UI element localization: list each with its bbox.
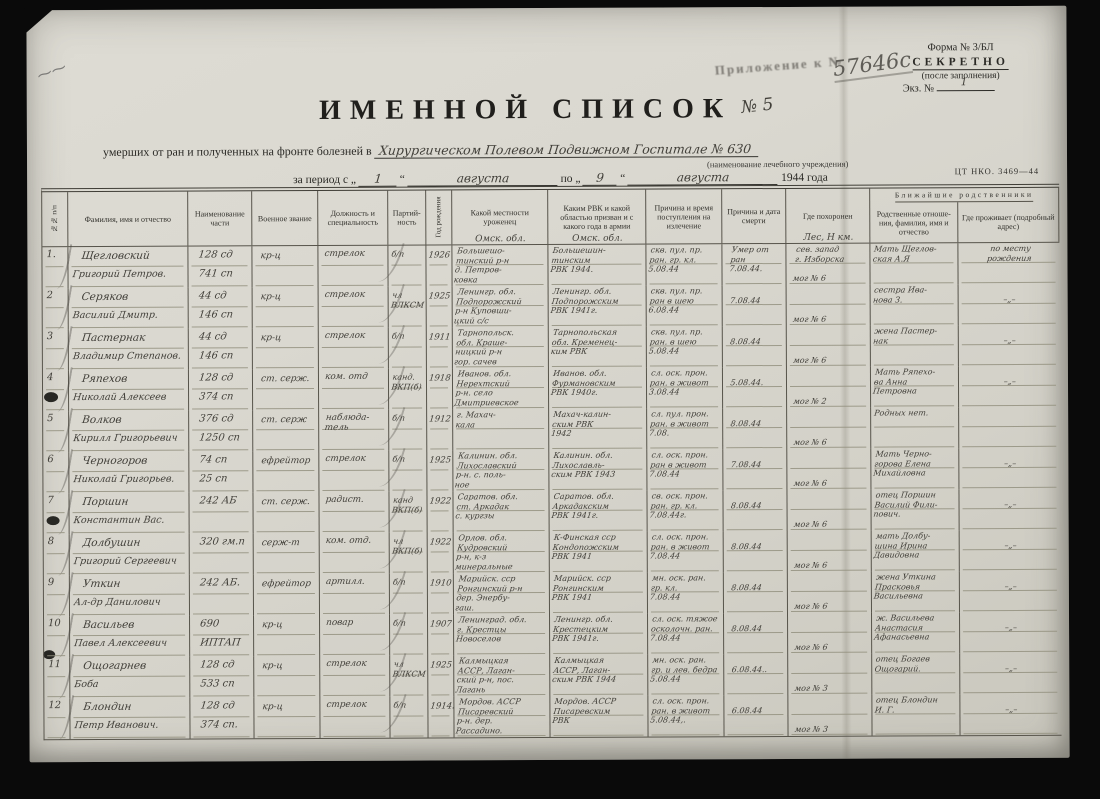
cell-fio: ОщогарневБоба [70,657,190,699]
regiment: 25 сп [199,473,251,484]
cell-buried: мог № 3 [788,695,872,736]
surname: Черногоров [82,455,187,467]
admit-value: сл. пул. прон. ран. в живот 7.08. [648,409,722,438]
cell-unit: 128 сд741 сп [188,246,252,287]
division: 242 АБ. [199,577,251,588]
stamp-label: Приложение к № [714,53,844,78]
address-value: –„– [961,326,1060,346]
header-buried-label: Где похоронен [803,211,853,220]
cell-rank: кр-ц [253,328,319,369]
cell-admit: сл. оск. прон. ран. в живот 7.08.44 [648,531,724,572]
relative-value: сестра Ива- нова З. [872,285,957,305]
cell-born: 1925 [427,450,453,491]
cell-rank: ст. серж. [253,492,319,533]
copy-number: 1 [961,76,968,88]
division: 44 сд [198,331,250,342]
division: 128 сд [200,700,252,711]
regiment: ИПТАП [199,637,251,648]
quote-mark: “ [400,174,405,186]
cell-death: 5.08.44. [723,367,787,408]
death-value: Умер от ран 7.08.44. [729,245,786,274]
division: 128 сд [200,659,252,670]
cell-born: 1912 [427,409,453,450]
table-row: 5 ВолковКирилл Григорьевич 376 сд1250 сп… [43,407,1060,452]
relative-value: Мать Черно- горова Елена Михайловна [873,449,959,478]
given-names: Ал-др Данилович [73,597,187,608]
cell-unit: 44 сд146 сп [189,287,253,328]
division: 376 сд [198,413,250,424]
cell-address [959,407,1060,448]
print-code: ЦТ НКО. 3469—44 [955,166,1039,176]
paper-sheet: ⁓⁓ Приложение к № 57646с Форма № 3/БЛ СЕ… [26,6,1069,763]
title-number: № 5 [741,94,775,117]
rank-value: ефрейтор [261,579,317,589]
header-admit: Причина и время поступления на излечение [646,189,722,243]
surname: Поршин [82,496,187,508]
cell-death: 6.08.44.. [724,654,788,695]
given-names: Петр Иванович. [74,720,188,731]
table-row: 4 РяпеховНиколай Алексеев 128 сд374 сп с… [43,366,1060,411]
surname: Серяков [81,291,186,303]
duty-value: ком. отд [324,373,387,383]
cell-relative: Мать Черно- горова Елена Михайловна [871,448,959,489]
secret-label: СЕКРЕТНО [912,56,1009,70]
division: 242 АБ [199,495,251,506]
cell-rank: кр-ц [253,287,319,328]
cell-unit: 376 сд1250 сп [189,410,253,451]
regiment: 741 сп [198,268,250,279]
birth-year: 1914. [430,701,452,711]
given-names: Григорий Петров. [72,269,186,280]
cell-buried: мог № 6 [787,490,871,531]
admit-value: сл. оск. тяжое осколочн. ран. 7.08.44 [649,614,723,643]
cell-rvk: Марийск. сср Ронгинским РВК 1941 [550,573,648,614]
quote-mark: “ [620,173,625,185]
form-number: Форма № 3/БЛ [881,42,1041,54]
header-born-label: Год рождения [434,197,443,238]
cell-fio: СеряковВасилий Дмитр. [69,288,189,330]
death-value: 8.08.44 [730,491,786,510]
rvk-value: Калмыцкая АССР, Лаган- ским РВК 1944 [552,656,648,685]
header-num-label: №№ п/п [50,206,59,233]
origin-value: Мордов. АССР Писаревский р-н. дер. Расса… [455,697,551,736]
cell-origin: Ленингр. обл. Подпорожский р-н Куповши- … [453,286,549,327]
table-row: 1. ЩегловскийГригорий Петров. 128 сд741 … [42,243,1059,288]
surname: Уткин [82,578,187,590]
cell-relative: Родных нет. [871,407,959,448]
regiment: 374 сп. [200,719,252,730]
header-origin: Какой местности уроженецОмск. обл. [452,190,548,244]
cell-death: Умер от ран 7.08.44. [722,244,786,285]
birth-year: 1918 [428,373,450,383]
cell-buried: мог № 6 [788,572,872,613]
origin-value: Тарнопольск. обл. Краше- ницкий р-н гор.… [454,328,550,367]
rank-value: серж-т [261,538,317,548]
given-names: Кирилл Григорьевич [73,433,187,444]
relative-value: жена Пастер- нак [873,326,958,346]
header-rvk-note: Омск. обл. [551,235,643,244]
rvk-value: Марийск. сср Ронгинским РВК 1941 [551,574,647,603]
cell-born: 1922 [427,491,453,532]
table-row: 7 ПоршинКонстантин Вас. 242 АБ ст. серж.… [43,489,1060,534]
cell-unit: 128 сд533 сп [190,656,254,697]
cell-origin: Орлов. обл. Кудровский р-н, к-з минераль… [454,532,550,573]
duty-value: стрелок [326,660,389,670]
header-buried-note: Лес, Н км. [789,234,867,243]
birth-year: 1922 [429,496,451,506]
rank-value: кр-ц [260,333,316,343]
header-duty: Должность и специальность [318,191,388,245]
cell-relative: мать Долбу- шина Ирина Давидовна [872,530,960,571]
cell-row-number: 5 [43,411,69,452]
header-relative: Родственные отноше- ния, фамилия, имя и … [870,202,958,242]
relatives-subheaders: Родственные отноше- ния, фамилия, имя и … [870,202,1058,243]
cell-address: –„– [959,489,1060,530]
admit-value: св. оск. прон. ран. гр. кл. 7.08.44г. [649,491,723,520]
cell-born: 1907 [428,614,454,655]
surname: Пастернак [81,332,186,344]
duty-value: стрелок [324,250,387,260]
table-row: 9 УткинАл-др Данилович 242 АБ. ефрейтор … [44,571,1061,616]
cell-origin: Марийск. сср Ронгинский р-н дер. Энербу-… [454,573,550,614]
cell-unit: 690ИПТАП [190,615,254,656]
cell-row-number: 10 [44,616,70,657]
cell-address: –„– [959,448,1060,489]
cell-buried: мог № 3 [788,654,872,695]
cell-origin: Саратов. обл. ст. Аркадак с. кургзы [453,491,549,532]
admit-value: сл. оск. прон. ран. в живот 5.08.44,. [650,696,724,725]
cell-address: –„– [960,653,1061,694]
buried-value: мог № 3 [794,696,873,735]
cell-row-number: 6 [43,452,69,493]
cell-admit: сл. оск. тяжое осколочн. ран. 7.08.44 [648,613,724,654]
cell-relative: отец Богаев Ощогарий. [872,653,960,694]
cell-admit: мн. оск. ран. гр. и лев. бедра 5.08.44 [648,654,724,695]
cell-address: –„– [960,612,1061,653]
division: 128 сд [198,372,250,383]
rvk-value: Тарнопольская обл. Кременец- ким РВК [550,328,646,357]
attachment-stamp: Приложение к № 57646с [714,52,844,80]
rvk-value: Калинин. обл. Лихославль- ским РВК 1943 [551,451,647,480]
relative-value: отец Блондин И. Г. [874,695,959,715]
table-row: 6 ЧерногоровНиколай Григорьев. 74 сп25 с… [43,448,1060,493]
rank-value: ст. серж. [260,374,316,384]
cell-origin: г. Махач- кала [453,409,549,450]
cell-born: 1925 [427,286,453,327]
duty-value: артилл. [325,578,388,588]
table-row: 10 ВасильевПавел Алексеевич 690ИПТАП кр-… [44,612,1061,657]
given-names: Павел Алексеевич [73,638,187,649]
admit-value: мн. оск. ран. гр. кл. 7.08.44 [649,573,723,602]
address-value: по месту рождения [960,244,1059,264]
address-value: –„– [960,285,1059,305]
cell-address: –„– [959,325,1060,366]
cell-fio: ЩегловскийГригорий Петров. [68,247,188,289]
cell-death: 8.08.44 [724,531,788,572]
admit-value: скв. пул. пр. ран. в шею 5.08.44 [648,327,722,356]
relative-value: Мать Щеглов- ская А.Я [872,244,957,264]
regiment: 1250 сп [199,432,251,443]
header-origin-note: Омск. обл. [455,235,545,244]
cell-buried: мог № 2 [787,367,871,408]
cell-born: 1910 [428,573,454,614]
buried-value: мог № 6 [793,532,872,571]
cell-unit: 320 гм.п [190,533,254,574]
address-value: –„– [961,449,1060,469]
rvk-value: Мордов. АССР Писаревским РВК [552,697,648,726]
given-names: Николай Алексеев [72,392,186,403]
buried-value: мог № 6 [792,286,871,325]
address-value: –„– [962,531,1061,551]
cell-rvk: Иванов. обл. Фурмановским РВК 1940г. [549,368,647,409]
cell-fio: ЧерногоровНиколай Григорьев. [69,452,189,494]
rank-value: ст. серж. [261,497,317,507]
cell-relative: Мать Щеглов- ская А.Я [870,243,958,284]
cell-rvk: Ленингр. обл. Крестецким РВК 1941г. [550,614,648,655]
rvk-value: К-Финская сср Кондопожским РВК 1941 [551,533,647,562]
given-names: Боба [74,679,188,690]
cell-admit: сл. оск. прон. ран. в живот 3.08.44 [647,367,723,408]
rank-value: кр-ц [261,620,317,630]
table-row: 12 БлондинПетр Иванович. 128 сд374 сп. к… [44,694,1061,739]
table-row: 11 ОщогарневБоба 128 сд533 сп кр-ц стрел… [44,653,1061,698]
cell-address: –„– [959,366,1060,407]
cell-row-number: 7 [43,493,69,534]
given-names: Григорий Сергеевич [73,556,187,567]
cell-rvk: Махач-калин- ским РВК 1942 [549,409,647,450]
regiment: 146 сп [198,309,250,320]
cell-unit: 128 сд374 сп [189,369,253,410]
cell-buried: сев. запад г. Изборска мог № 6 [786,244,870,285]
cell-rvk: Саратов. обл. Аркадакским РВК 1941г. [549,491,647,532]
cell-rank: ефрейтор [253,451,319,492]
cell-unit: 242 АБ. [190,574,254,615]
relative-value: отец Поршин Василий Фили- пович. [873,490,959,519]
cell-rank: ст. серж [253,410,319,451]
buried-value: мог № 6 [793,491,872,530]
form-block: Форма № 3/БЛ СЕКРЕТНО (после заполнения)… [881,42,1041,95]
origin-value: г. Махач- кала [455,410,548,430]
birth-year: 1926 [428,250,450,260]
casualty-table: №№ п/п Фамилия, имя и отчество Наименова… [41,184,1061,740]
cell-rvk: Тарнопольская обл. Кременец- ким РВК [549,327,647,368]
origin-value: Калинин. обл. Лихославский р-н. с. поль-… [454,451,550,490]
page-title: ИМЕННОЙ СПИСОК [319,93,732,127]
origin-value: Марийск. сср Ронгинский р-н дер. Энербу-… [455,574,551,613]
given-names: Владимир Степанов. [72,351,186,362]
cell-row-number: 9 [44,575,70,616]
buried-value: мог № 6 [793,450,872,489]
rank-value: кр-ц [260,251,316,261]
header-rvk-label: Каким РВК и какой областью призван и с к… [550,203,643,230]
address-value: –„– [962,654,1061,674]
cell-rank: кр-ц [254,697,320,738]
cell-origin: Калинин. обл. Лихославский р-н. с. поль-… [453,450,549,491]
origin-value: Орлов. обл. Кудровский р-н, к-з минераль… [454,533,550,572]
relative-value: ж. Васильева Анастасия Афанасьевна [873,613,959,642]
cell-origin: Большешо- тинский р-н д. Петров- ковка [452,245,548,286]
duty-value: ком. отд. [325,537,388,547]
cell-rvk: Мордов. АССР Писаревским РВК [550,696,648,737]
cell-unit: 242 АБ [189,492,253,533]
cell-relative: отец Блондин И. Г. [872,694,960,735]
cell-fio: ПастернакВладимир Степанов. [69,329,189,371]
regiment: 374 сп [198,391,250,402]
duty-value: стрелок [326,701,389,711]
buried-value: мог № 6 [794,573,873,612]
surname: Васильев [82,619,187,631]
buried-value: мог № 2 [793,368,872,407]
cell-admit: сл. оск. прон. ран в живот 7.08.44 [647,449,723,490]
rank-value: кр-ц [262,661,318,671]
cell-admit: мн. оск. ран. гр. кл. 7.08.44 [648,572,724,613]
cell-buried: мог № 6 [787,408,871,449]
cell-rank: кр-ц [252,246,318,287]
address-value: –„– [962,695,1061,715]
cell-address: по месту рождения [958,243,1059,284]
cell-admit: св. оск. прон. ран. гр. кл. 7.08.44г. [647,490,723,531]
admit-value: скв. пул. пр. ран в шею 6.08.44 [648,286,722,315]
admit-value: сл. оск. прон. ран в живот 7.08.44 [649,450,723,479]
death-value: 6.08.44 [731,696,787,715]
cell-admit: скв. пул. пр. ран. гр. кл. 5.08.44 [646,244,722,285]
cell-rank: серж-т [254,533,320,574]
cell-rvk: Калмыцкая АССР, Лаган- ским РВК 1944 [550,655,648,696]
division: 690 [199,618,251,629]
cell-born: 1911 [427,327,453,368]
cell-row-number: 1. [42,247,68,288]
cell-death: 8.08.44 [723,408,787,449]
period-prefix: за период с „ [293,174,356,186]
cell-fio: БлондинПетр Иванович. [70,698,190,740]
period-mid: по „ [561,173,581,185]
period-from-month: августа [407,171,559,187]
cell-death: 8.08.44 [724,613,788,654]
rvk-value: Большешин- тинским РВК 1944. [550,246,646,275]
cell-origin: Калмыцкая АССР, Лаган- ский р-н, пос. Ла… [454,655,550,696]
surname: Щегловский [81,250,186,262]
relative-value: Родных нет. [874,408,958,418]
regiment: 533 сп [200,678,252,689]
relatives-group-title: Ближайшие родственники [895,188,1034,203]
cell-address: –„– [960,694,1061,735]
cell-row-number: 4 [43,370,69,411]
buried-value: мог № 6 [794,614,873,653]
cell-fio: ВолковКирилл Григорьевич [69,411,189,453]
cell-death: 6.08.44 [724,695,788,736]
admit-value: сл. оск. прон. ран. в живот 7.08.44 [649,532,723,561]
origin-value: Иванов. обл. Нерехтский р-н. село Дмитри… [454,369,550,408]
cell-address: –„– [960,530,1061,571]
origin-value: Ленинград. обл. г. Крестцы Новоселов [455,615,549,644]
cell-born: 1918 [427,368,453,409]
period-from-day: 1 [358,172,398,187]
buried-value: мог № 3 [794,655,873,694]
corner-notch [24,8,54,34]
period-year: 1944 года [781,172,828,184]
cell-unit: 128 сд374 сп. [190,697,254,738]
cell-buried: мог № 6 [788,531,872,572]
relative-value: жена Уткина Прасковья Васильевна [873,572,959,601]
address-value: –„– [961,490,1060,510]
cell-born: 1914. [428,696,454,737]
cell-death: 7.08.44 [723,285,787,326]
admit-value: сл. оск. прон. ран. в живот 3.08.44 [648,368,722,397]
cell-fio: ВасильевПавел Алексеевич [70,616,190,658]
duty-value: повар [325,619,388,629]
birth-year: 1925 [429,455,451,465]
header-buried: Где похороненЛес, Н км. [786,189,870,243]
cell-row-number: 8 [44,534,70,575]
cell-rvk: К-Финская сср Кондопожским РВК 1941 [550,532,648,573]
duty-value: стрелок [324,291,387,301]
relative-value: мать Долбу- шина Ирина Давидовна [873,531,959,560]
cell-buried: мог № 6 [787,449,871,490]
surname: Долбушин [82,537,187,549]
origin-value: Большешо- тинский р-н д. Петров- ковка [453,246,549,285]
table-header-row: №№ п/п Фамилия, имя и отчество Наименова… [42,188,1059,247]
birth-year: 1907 [429,619,451,629]
birth-year: 1911 [428,332,450,342]
cell-origin: Ленинград. обл. г. Крестцы Новоселов [454,614,550,655]
pencil-scribble: ⁓⁓ [34,58,68,85]
death-value: 7.08.44 [729,286,785,305]
cell-rank: кр-ц [254,656,320,697]
cell-death: 8.08.44 [723,490,787,531]
division: 320 гм.п [199,536,251,547]
subtitle: умерших от ран и полученных на фронте бо… [103,141,759,160]
relative-value: Мать Ряпехо- ва Анна Петровна [872,367,958,396]
surname: Волков [81,414,186,426]
rank-value: кр-ц [262,702,318,712]
cell-buried: мог № 6 [787,285,871,326]
table-row: 3 ПастернакВладимир Степанов. 44 сд146 с… [43,325,1060,370]
cell-relative: отец Поршин Василий Фили- пович. [871,489,959,530]
header-relatives-group: Ближайшие родственники Родственные отнош… [870,188,1059,243]
cell-death: 8.08.44 [723,326,787,367]
cell-origin: Тарнопольск. обл. Краше- ницкий р-н гор.… [453,327,549,368]
birth-year: 1925 [428,291,450,301]
address-value: –„– [962,572,1061,592]
cell-relative: жена Уткина Прасковья Васильевна [872,571,960,612]
surname: Блондин [83,701,188,713]
death-value: 7.08.44 [730,450,786,469]
cell-address: –„– [959,284,1060,325]
rvk-value: Иванов. обл. Фурмановским РВК 1940г. [550,369,646,398]
origin-value: Саратов. обл. ст. Аркадак с. кургзы [455,492,549,521]
admit-value: скв. пул. пр. ран. гр. кл. 5.08.44 [648,245,722,274]
cell-row-number: 12 [44,698,70,739]
cell-fio: ДолбушинГригорий Сергеевич [70,534,190,576]
cell-death: 7.08.44 [723,449,787,490]
subtitle-caption: (наименование лечебного учреждения) [707,159,848,170]
cell-row-number: 3 [43,329,69,370]
death-value: 8.08.44 [730,327,786,346]
header-unit: Наименование части [188,191,252,245]
cell-born: 1922 [428,532,454,573]
header-rank: Военное звание [252,191,318,245]
birth-year: 1910 [429,578,451,588]
surname: Ряпехов [81,373,186,385]
relative-value: отец Богаев Ощогарий. [874,654,959,674]
birth-year: 1922 [429,537,451,547]
death-value: 8.08.44 [731,614,787,633]
death-value: 5.08.44. [730,368,786,387]
address-value: –„– [961,367,1060,387]
cell-admit: сл. пул. прон. ран. в живот 7.08. [647,408,723,449]
cell-address: –„– [960,571,1061,612]
admit-value: мн. оск. ран. гр. и лев. бедра 5.08.44 [650,655,724,684]
